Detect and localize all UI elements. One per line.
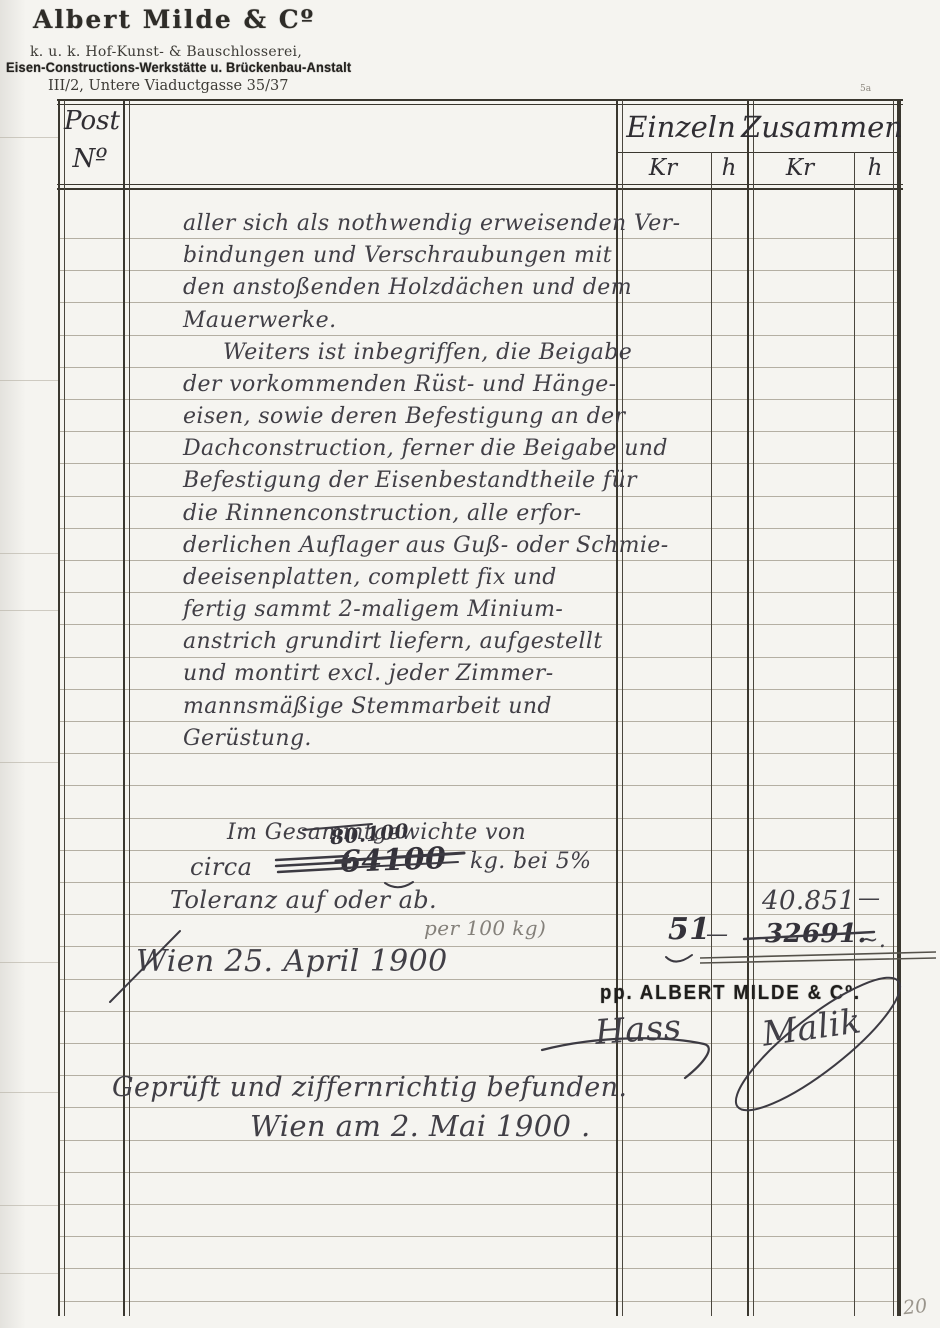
- margin-line-fragment: [0, 762, 58, 763]
- col-einzeln-label: Einzeln: [626, 110, 736, 144]
- col-post-label: Post: [64, 106, 120, 136]
- ruled-line: [58, 721, 900, 722]
- company-name: Albert Milde & Cº: [33, 5, 315, 34]
- ruled-line: [58, 1011, 900, 1012]
- audit-line2: Wien am 2. Mai 1900 .: [250, 1109, 591, 1143]
- unit-price-h: —: [706, 922, 728, 947]
- ruled-line: [58, 753, 900, 754]
- total-crossed-h: ~.: [860, 928, 886, 953]
- body-line: Gerüstung.: [183, 726, 312, 751]
- ruled-line: [58, 689, 900, 690]
- ruled-line: [58, 624, 900, 625]
- company-business-line: Eisen-Constructions-Werkstätte u. Brücke…: [6, 60, 351, 75]
- ruled-line: [58, 399, 900, 400]
- ruled-line: [58, 592, 900, 593]
- date-line: Wien 25. April 1900: [136, 944, 448, 979]
- body-line: bindungen und Verschraubungen mit: [183, 243, 612, 268]
- ruled-line: [58, 1268, 900, 1269]
- body-line: mannsmäßige Stemmarbeit und: [183, 694, 552, 719]
- margin-line-fragment: [0, 610, 58, 611]
- body-line: deeisenplatten, complett fix und: [183, 565, 557, 590]
- ruled-line: [58, 818, 900, 819]
- audit-line1: Geprüft und ziffernrichtig befunden.: [112, 1072, 627, 1103]
- paper-edge-shading: [0, 0, 26, 1328]
- col-h-zusammen-label: h: [868, 155, 883, 181]
- margin-line-fragment: [0, 137, 58, 138]
- body-line: fertig sammt 2-maligem Minium-: [183, 597, 563, 622]
- ruled-line: [58, 367, 900, 368]
- col-kr-zusammen-label: Kr: [786, 155, 814, 181]
- ruled-line: [58, 496, 900, 497]
- margin-line-fragment: [0, 1273, 58, 1274]
- body-line: Weiters ist inbegriffen, die Beigabe: [223, 340, 632, 365]
- total-h: —: [858, 886, 880, 911]
- ruled-line: [58, 1301, 900, 1302]
- company-address: III/2, Untere Viaductgasse 35/37: [48, 78, 288, 94]
- triple-underline: [276, 856, 348, 860]
- triple-underline: [278, 868, 350, 872]
- ruled-line: [58, 335, 900, 336]
- corner-mark: 5a: [860, 84, 871, 94]
- ruled-line: [58, 302, 900, 303]
- ruled-line: [58, 1172, 900, 1173]
- total-kr: 40.851: [762, 886, 855, 916]
- body-line: der vorkommenden Rüst- und Hänge-: [183, 372, 616, 397]
- ruled-line: [58, 560, 900, 561]
- ruled-line: [58, 785, 900, 786]
- margin-line-fragment: [0, 962, 58, 963]
- ruled-line: [58, 431, 900, 432]
- body-line: Befestigung der Eisenbestandtheile für: [183, 468, 637, 493]
- body-line: und montirt excl. jeder Zimmer-: [183, 661, 554, 686]
- body-line: anstrich grundirt liefern, aufgestellt: [183, 629, 603, 654]
- ruled-line: [58, 1204, 900, 1205]
- body-line: Dachconstruction, ferner die Beigabe und: [183, 436, 668, 461]
- pencil-page-number: 20: [902, 1295, 928, 1319]
- total-crossed-kr: 32691.: [765, 919, 867, 949]
- ruled-line: [58, 463, 900, 464]
- body-line: den anstoßenden Holzdächen und dem: [183, 275, 632, 300]
- ruled-line: [58, 1236, 900, 1237]
- margin-line-fragment: [0, 1092, 58, 1093]
- margin-line-fragment: [0, 380, 58, 381]
- ruled-line: [58, 979, 900, 980]
- company-subtitle: k. u. k. Hof-Kunst- & Bauschlosserei,: [30, 44, 302, 60]
- col-no-label: Nº: [73, 144, 108, 174]
- body-line: Mauerwerke.: [183, 308, 336, 333]
- ruled-line: [58, 657, 900, 658]
- checkmark: [666, 955, 692, 962]
- unit-price-kr: 51: [668, 912, 711, 947]
- col-h-einzeln-label: h: [722, 155, 737, 181]
- summary-tolerance: Toleranz auf oder ab.: [170, 886, 437, 914]
- summary-circa: circa: [190, 853, 252, 881]
- body-line: die Rinnenconstruction, alle erfor-: [183, 501, 581, 526]
- margin-line-fragment: [0, 553, 58, 554]
- col-zusammen-label: Zusammen: [741, 110, 903, 144]
- signature-right: Malik: [760, 1001, 864, 1054]
- triple-underline: [276, 862, 350, 866]
- ruled-line: [58, 528, 900, 529]
- col-kr-einzeln-label: Kr: [649, 155, 677, 181]
- body-line: eisen, sowie deren Befestigung an der: [183, 404, 625, 429]
- ruled-line: [58, 238, 900, 239]
- body-line: derlichen Auflager aus Guß- oder Schmie-: [183, 533, 669, 558]
- ruled-line: [58, 882, 900, 883]
- per-100kg-note: per 100 kg): [424, 916, 546, 940]
- ruled-line: [58, 270, 900, 271]
- scanned-invoice-page: Albert Milde & Cº k. u. k. Hof-Kunst- & …: [0, 0, 940, 1328]
- summary-unit: kg. bei 5%: [470, 849, 591, 874]
- margin-line-fragment: [0, 1205, 58, 1206]
- signature-left: Hass: [594, 1007, 683, 1053]
- company-stamp: pp. ALBERT MILDE & Cº.: [600, 982, 861, 1005]
- body-line: aller sich als nothwendig erweisenden Ve…: [183, 211, 680, 236]
- ruled-line: [58, 1107, 900, 1108]
